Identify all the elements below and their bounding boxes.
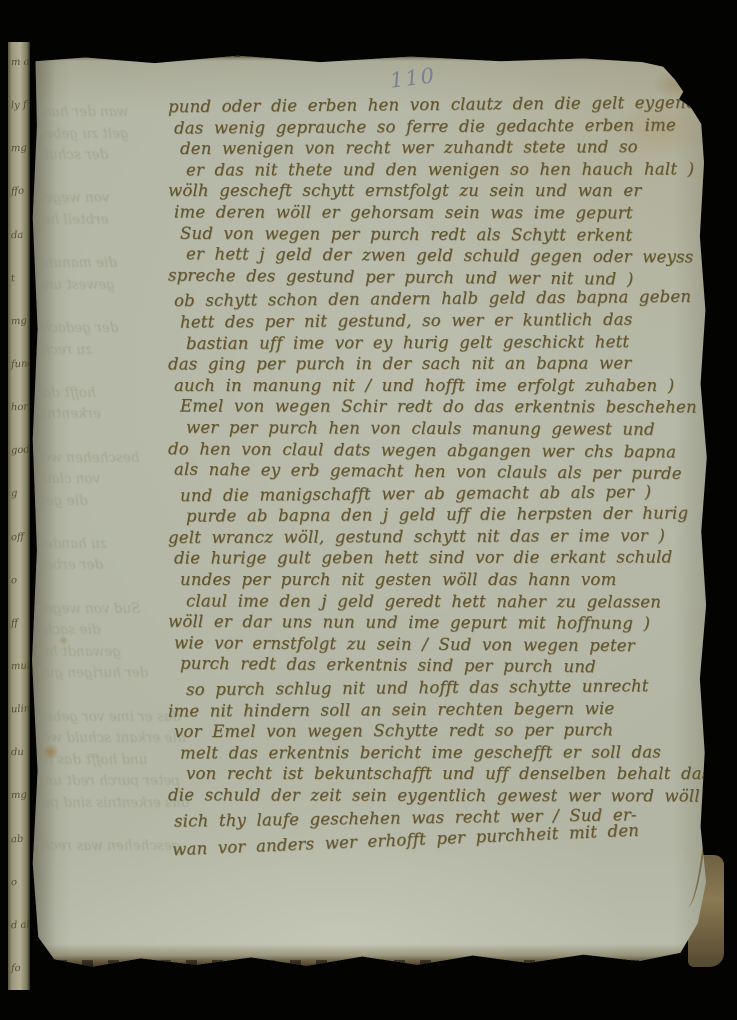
manuscript-text-line: claul ime den j geld geredt hett naher z… xyxy=(186,590,710,613)
neighbor-text-fragment: m a xyxy=(8,57,30,68)
manuscript-text-line: bastian uff ime vor ey hurig gelt geschi… xyxy=(186,330,710,354)
neighbor-text-fragment: off xyxy=(8,532,30,543)
manuscript-text-line: er das nit thete und den wenigen so hen … xyxy=(186,158,710,181)
neighbor-text-fragment: du xyxy=(8,748,30,759)
neighbor-text-fragment: god xyxy=(8,446,30,457)
manuscript-text-line: Sud von wegen per purch redt als Schytt … xyxy=(180,222,710,246)
manuscript-text-line: wöll er dar uns nun und ime gepurt mit h… xyxy=(168,611,710,635)
manuscript-text-line: ime nit hindern soll an sein rechten beg… xyxy=(168,697,710,722)
manuscript-text-line: undes per purch nit gesten wöll das hann… xyxy=(180,569,710,591)
neighbor-text-fragment: o xyxy=(8,575,30,586)
manuscript-text-line: den wenigen von recht wer zuhandt stete … xyxy=(180,136,710,160)
neighbor-text-fragment: mg xyxy=(8,316,30,327)
neighbor-text-fragment: ff xyxy=(8,618,30,629)
neighbor-text-fragment: fund xyxy=(8,359,30,370)
manuscript-text-line: hett des per nit gestund, so wer er kunt… xyxy=(180,308,710,333)
neighbor-text-fragment: o xyxy=(8,877,30,888)
manuscript-text-block: pund oder die erben hen von clautz den d… xyxy=(168,94,710,850)
manuscript-text-line: das ging per purch in der sach nit an ba… xyxy=(168,353,710,376)
manuscript-text-line: melt das erkentnis bericht ime geschefft… xyxy=(180,741,710,764)
manuscript-text-line: Emel von wegen Schir redt do das erkentn… xyxy=(180,396,710,419)
previous-page-edge: m aly fmgffodatmgfundhorgodgoffoffmulyul… xyxy=(8,42,30,990)
page-bottom-deckle-edge xyxy=(30,944,722,974)
neighbor-text-fragment: da xyxy=(8,230,30,241)
page-top-deckle-edge xyxy=(30,52,722,61)
photo-background: m aly fmgffodatmgfundhorgodgoffoffmulyul… xyxy=(0,0,737,1020)
neighbor-text-fragment: muly xyxy=(8,661,30,672)
folio-number: 110 xyxy=(389,63,438,92)
manuscript-text-line: das wenig geprauche so ferre die gedacht… xyxy=(174,114,710,139)
manuscript-text-line: vor Emel von wegen Schytte redt so per p… xyxy=(174,719,710,743)
manuscript-text-line: wer per purch hen von clauls manung gewe… xyxy=(186,417,710,441)
manuscript-text-line: purde ab bapna den j geld uff die herpst… xyxy=(186,503,710,528)
neighbor-text-fragment: ab xyxy=(8,834,30,845)
manuscript-text-line: auch in manung nit / und hofft ime erfol… xyxy=(174,375,710,397)
neighbor-text-fragment: ffo xyxy=(8,187,30,198)
manuscript-text-line: von recht ist bekuntschafft und uff dens… xyxy=(186,763,710,785)
manuscript-page: wan der hansgelt zu gebender schuldvon w… xyxy=(30,52,722,974)
manuscript-text-line: wölh gescheft schytt ernstfolgt zu sein … xyxy=(168,180,710,202)
manuscript-text-line: die hurige gult geben hett sind vor die … xyxy=(174,547,710,570)
neighbor-text-fragment: hor xyxy=(8,403,30,414)
page-right-rough-edge xyxy=(711,96,722,964)
neighbor-text-fragment: fo xyxy=(8,963,30,974)
manuscript-text-line: gelt wrancz wöll, gestund schytt nit das… xyxy=(168,525,710,549)
manuscript-text-line: ime deren wöll er gehorsam sein was ime … xyxy=(174,201,710,224)
neighbor-text-fragment: t xyxy=(8,273,30,284)
neighbor-text-fragment: mg xyxy=(8,791,30,802)
neighbor-text-fragment: mg xyxy=(8,144,30,155)
neighbor-text-fragment: g xyxy=(8,489,30,500)
neighbor-text-fragment: ly f xyxy=(8,101,30,112)
neighbor-text-fragment: uling xyxy=(8,705,30,716)
neighbor-text-fragment: d al xyxy=(8,920,30,931)
